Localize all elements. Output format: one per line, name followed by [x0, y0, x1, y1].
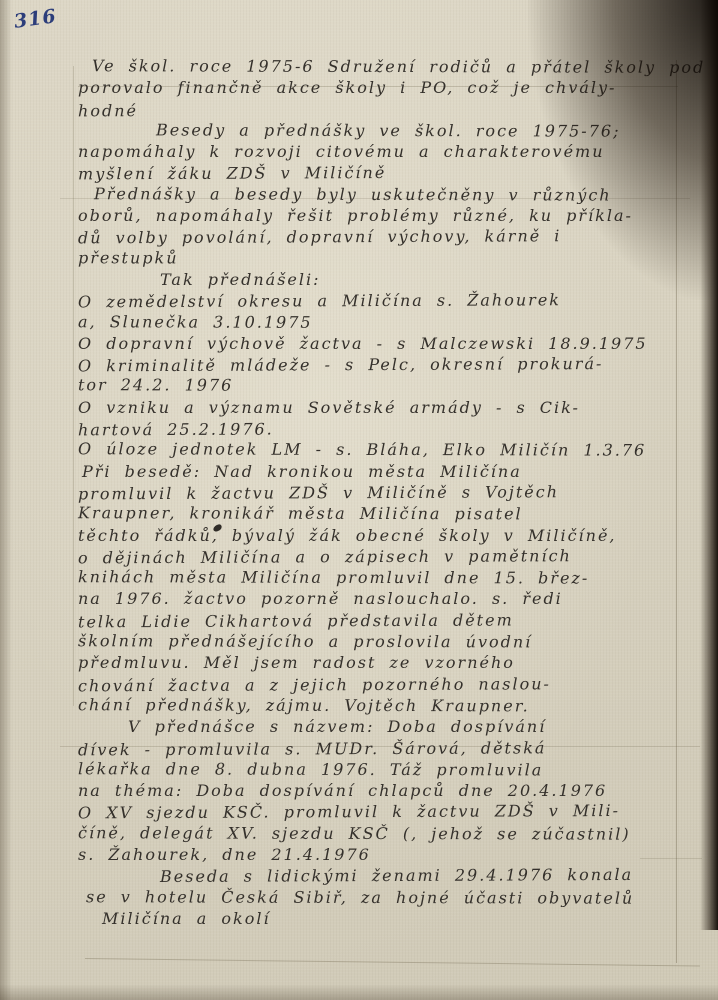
page-edge-shadow-bottom	[0, 984, 718, 1000]
handwritten-line: dívek - promluvila s. MUDr. Šárová, děts…	[78, 736, 698, 760]
handwritten-line: V přednášce s názvem: Doba dospívání	[78, 716, 698, 737]
bottom-rule-line	[85, 958, 700, 967]
handwritten-line: na théma: Doba dospívání chlapců dne 20.…	[78, 780, 698, 801]
handwritten-line: O dopravní výchově žactva - s Malczewski…	[78, 333, 698, 354]
handwritten-line: číně, delegát XV. sjezdu KSČ (, jehož se…	[78, 822, 698, 845]
handwritten-line: Při besedě: Nad kronikou města Miličína	[78, 461, 698, 482]
handwritten-line: hartová 25.2.1976.	[78, 417, 698, 441]
chronicle-page: 316 Ve škol. roce 1975-6 Sdružení rodičů…	[0, 0, 718, 1000]
handwritten-line: O kriminalitě mládeže - s Pelc, okresní …	[78, 353, 698, 377]
handwritten-line: o dějinách Miličína a o zápisech v pamět…	[78, 544, 698, 568]
handwritten-line: O XV sjezdu KSČ. promluvil k žactvu ZDŠ …	[78, 800, 698, 824]
handwritten-line: školním přednášejícího a proslovila úvod…	[78, 630, 698, 653]
handwritten-line: těchto řádků, bývalý žák obecné školy v …	[78, 525, 698, 546]
handwritten-line: a, Slunečka 3.10.1975	[78, 311, 698, 334]
handwritten-line: lékařka dne 8. dubna 1976. Táž promluvil…	[78, 758, 698, 781]
handwritten-line: knihách města Miličína promluvil dne 15.…	[78, 566, 698, 589]
handwritten-line: tor 24.2. 1976	[78, 375, 698, 398]
handwritten-line: Kraupner, kronikář města Miličína pisate…	[78, 502, 698, 525]
handwritten-line: Miličína a okolí	[78, 908, 698, 929]
handwritten-line: telka Lidie Cikhartová představila dětem	[78, 608, 698, 632]
handwritten-line: na 1976. žactvo pozorně naslouchalo. s. …	[78, 588, 698, 609]
handwritten-line: O vzniku a významu Sovětské armády - s C…	[78, 397, 698, 418]
handwritten-line: s. Žahourek, dne 21.4.1976	[78, 844, 698, 865]
handwritten-line: se v hotelu Česká Sibiř, za hojné účasti…	[78, 886, 698, 909]
handwritten-line: chání přednášky, zájmu. Vojtěch Kraupner…	[78, 694, 698, 717]
handwritten-line: O úloze jednotek LM - s. Bláha, Elko Mil…	[78, 439, 698, 462]
handwritten-line: promluvil k žactvu ZDŠ v Miličíně s Vojt…	[78, 481, 698, 505]
page-corner-shadow	[528, 0, 718, 300]
handwritten-line: chování žactva a z jejich pozorného nasl…	[78, 672, 698, 696]
page-number: 316	[13, 5, 58, 33]
left-margin-rule	[73, 66, 74, 706]
handwritten-line: předmluvu. Měl jsem radost ze vzorného	[78, 652, 698, 673]
page-edge-shadow-left	[0, 0, 12, 1000]
handwritten-line: Beseda s lidickými ženami 29.4.1976 kona…	[78, 864, 698, 888]
